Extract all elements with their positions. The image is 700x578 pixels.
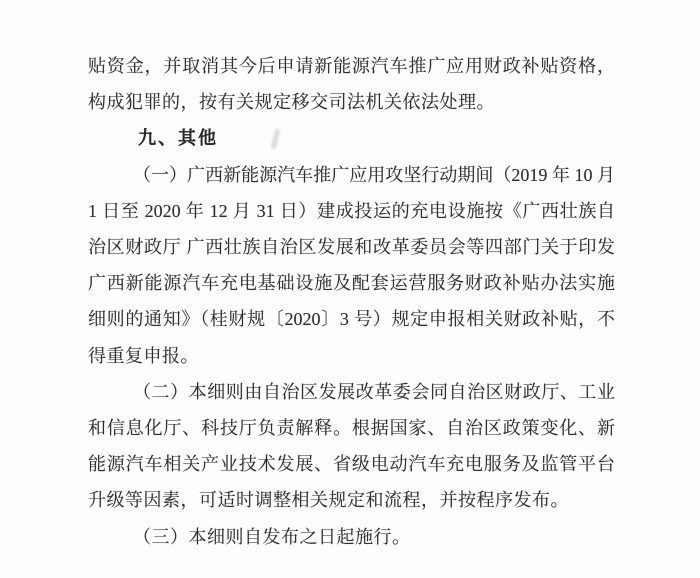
text-line: 构成犯罪的，按有关规定移交司法机关依法处理。 [88,84,615,120]
text-line: 升级等因素，可适时调整相关规定和流程，并按程序发布。 [88,482,615,518]
text-line: （二）本细则由自治区发展改革委会同自治区财政厅、工业 [88,374,615,410]
text-line: 得重复申报。 [88,338,615,374]
text-line: 1 日至 2020 年 12 月 31 日）建成投运的充电设施按《广西壮族自 [88,193,615,229]
text-line: 广西新能源汽车充电基础设施及配套运营服务财政补贴办法实施 [88,265,615,301]
text-line: 治区财政厅 广西壮族自治区发展和改革委员会等四部门关于印发 [88,229,615,265]
document-page: 贴资金，并取消其今后申请新能源汽车推广应用财政补贴资格， 构成犯罪的，按有关规定… [0,0,700,578]
text-line: （三）本细则自发布之日起施行。 [88,519,615,555]
text-line: 能源汽车相关产业技术发展、省级电动汽车充电服务及监管平台 [88,446,615,482]
text-line: 和信息化厅、科技厅负责解释。根据国家、自治区政策变化、新 [88,410,615,446]
text-line: 细则的通知》（桂财规〔2020〕3 号）规定申报相关财政补贴，不 [88,301,615,337]
section-heading: 九、其他 [88,120,615,156]
text-line: （一）广西新能源汽车推广应用攻坚行动期间（2019 年 10 月 [88,157,615,193]
text-line: 贴资金，并取消其今后申请新能源汽车推广应用财政补贴资格， [88,48,615,84]
